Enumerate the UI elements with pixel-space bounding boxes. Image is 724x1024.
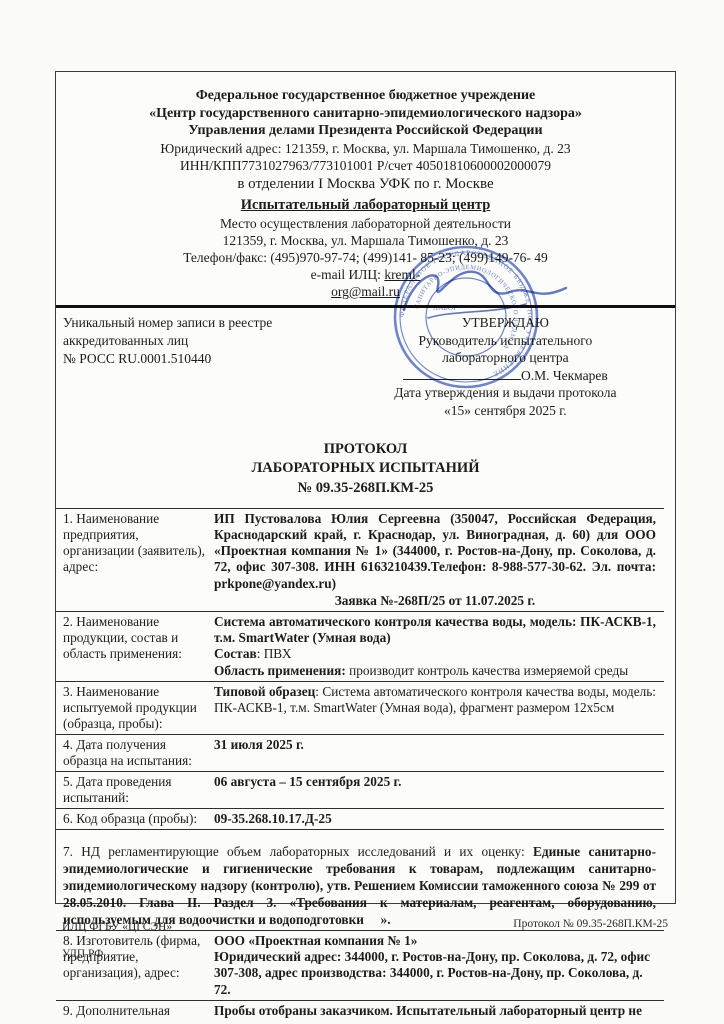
lab-address: 121359, г. Москва, ул. Маршала Тимошенко… — [56, 232, 675, 249]
table-row-sample-code: 6. Код образца (пробы): 09-35.268.10.17.… — [56, 808, 664, 829]
org-name-line-1: Федеральное государственное бюджетное уч… — [56, 87, 675, 105]
manufacturer-name: ООО «Проектная компания № 1» — [214, 933, 656, 949]
row9-value: Пробы отобраны заказчиком. Испытательный… — [214, 1001, 664, 1019]
protocol-title-line2: ЛАБОРАТОРНЫХ ИСПЫТАНИЙ — [56, 459, 675, 478]
footer-ilc-abbrev: ИЛЦ ФГБУ «ЦГСЭН» — [62, 921, 172, 933]
application-note: Заявка №-268П/25 от 11.07.2025 г. — [214, 593, 656, 609]
row4-value: 31 июля 2025 г. — [214, 735, 664, 771]
composition-label: Состав — [214, 646, 257, 661]
manufacturer-address: Юридический адрес: 344000, г. Ростов-на-… — [214, 949, 656, 998]
row3-label: 3. Наименование испытуемой продукции (об… — [56, 682, 214, 734]
composition-line: Состав: ПВХ — [214, 646, 656, 662]
registry-line-1: Уникальный номер записи в реестре — [63, 314, 342, 332]
row8-value: ООО «Проектная компания № 1» Юридический… — [214, 931, 664, 1000]
application-area-value: производит контроль качества измеряемой … — [346, 663, 628, 678]
registry-number: № РОСС RU.0001.510440 — [63, 350, 342, 368]
org-name-line-2: «Центр государственного санитарно-эпидем… — [56, 105, 675, 123]
product-name-text: Система автоматического контроля качеств… — [214, 614, 656, 646]
protocol-title: ПРОТОКОЛ ЛАБОРАТОРНЫХ ИСПЫТАНИЙ № 09.35-… — [56, 440, 675, 497]
row2-label: 2. Наименование продукции, состав и обла… — [56, 612, 214, 681]
registry-approval-section: Уникальный номер записи в реестре аккред… — [56, 308, 675, 419]
phone-fax-line: Телефон/факс: (495)970-97-74; (499)141- … — [56, 249, 675, 266]
row6-value: 09-35.268.10.17.Д-25 — [214, 809, 664, 829]
row2-value: Система автоматического контроля качеств… — [214, 612, 664, 681]
handwritten-signature-icon — [398, 258, 578, 338]
org-name-line-3: Управления делами Президента Российской … — [56, 122, 675, 140]
regulatory-intro: 7. НД регламентирующие объем лабораторны… — [63, 844, 533, 859]
row1-value: ИП Пустовалова Юлия Сергеевна (350047, Р… — [214, 509, 664, 611]
table-row-product: 2. Наименование продукции, состав и обла… — [56, 611, 664, 681]
application-area-label: Область применения: — [214, 663, 346, 678]
accreditation-registry-block: Уникальный номер записи в реестре аккред… — [63, 314, 342, 419]
footer-protocol-number: Протокол № 09.35-268П.КМ-25 — [513, 918, 668, 930]
protocol-number: № 09.35-268П.КМ-25 — [56, 479, 675, 498]
table-row-testing-dates: 5. Дата проведения испытаний: 06 августа… — [56, 771, 664, 808]
row5-label: 5. Дата проведения испытаний: — [56, 772, 214, 808]
regulatory-docs-text: 7. НД регламентирующие объем лабораторны… — [56, 830, 664, 930]
application-area-line: Область применения: производит контроль … — [214, 663, 656, 679]
testing-lab-center-title: Испытательный лабораторный центр — [56, 195, 675, 215]
row9-label: 9. Дополнительная — [56, 1001, 214, 1019]
lab-activity-place: Место осуществления лабораторной деятель… — [56, 215, 675, 232]
approval-date-value: «15» сентября 2025 г. — [342, 402, 669, 420]
letterhead: Федеральное государственное бюджетное уч… — [56, 72, 675, 300]
page-border-frame: Федеральное государственное бюджетное уч… — [55, 71, 676, 904]
registry-line-2: аккредитованных лиц — [63, 332, 342, 350]
org-legal-address: Юридический адрес: 121359, г. Москва, ул… — [56, 140, 675, 157]
table-row-applicant: 1. Наименование предприятия, организации… — [56, 508, 664, 611]
row6-label: 6. Код образца (пробы): — [56, 809, 214, 829]
table-row-receive-date: 4. Дата получения образца на испытания: … — [56, 734, 664, 771]
email-link-part2: org@mail.ru — [56, 283, 675, 300]
row3-value: Типовой образец: Система автоматического… — [214, 682, 664, 734]
table-row-regulatory-docs: 7. НД регламентирующие объем лабораторны… — [56, 829, 664, 930]
composition-value: : ПВХ — [257, 646, 292, 661]
scanned-protocol-page: { "header": { "org_bold": [ "Федеральное… — [0, 0, 724, 1024]
row1-label: 1. Наименование предприятия, организации… — [56, 509, 214, 611]
row4-label: 4. Дата получения образца на испытания: — [56, 735, 214, 771]
footer-udp-abbrev: УДП РФ — [62, 948, 103, 960]
protocol-title-line1: ПРОТОКОЛ — [56, 440, 675, 459]
email-line: e-mail ИЛЦ: kreml- — [56, 266, 675, 283]
table-row-tested-product: 3. Наименование испытуемой продукции (об… — [56, 681, 664, 734]
typical-sample-label: Типовой образец — [214, 684, 315, 699]
row8-label: 8. Изготовитель (фирма, предприятие, орг… — [56, 931, 214, 1000]
applicant-text: ИП Пустовалова Юлия Сергеевна (350047, Р… — [214, 511, 656, 592]
table-row-manufacturer: 8. Изготовитель (фирма, предприятие, орг… — [56, 930, 664, 1000]
protocol-table: 1. Наименование предприятия, организации… — [56, 508, 664, 1019]
org-inn-account: ИНН/КПП7731027963/773101001 Р/счет 40501… — [56, 157, 675, 174]
table-row-additional: 9. Дополнительная Пробы отобраны заказчи… — [56, 1000, 664, 1019]
row5-value: 06 августа – 15 сентября 2025 г. — [214, 772, 664, 808]
org-branch-line: в отделении I Москва УФК по г. Москве — [56, 174, 675, 195]
email-label: e-mail ИЛЦ: — [311, 267, 385, 282]
